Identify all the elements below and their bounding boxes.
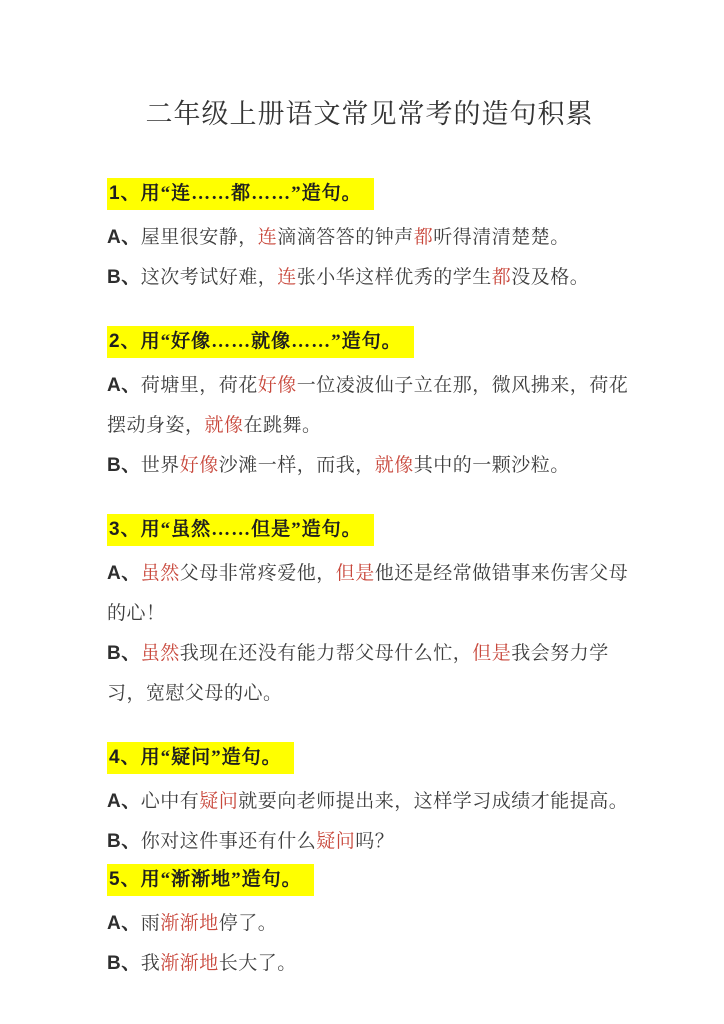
keyword-red-text: 但是 <box>472 643 511 664</box>
heading-number: 5 <box>109 869 121 890</box>
text-run: 滴滴答答的钟声 <box>277 227 414 248</box>
example-prefix: A、 <box>107 375 141 396</box>
section-2-example-a: A、荷塘里，荷花好像一位凌波仙子立在那，微风拂来，荷花摆动身姿，就像在跳舞。 <box>107 366 632 446</box>
section-2-example-b: B、世界好像沙滩一样，而我，就像其中的一颗沙粒。 <box>107 446 632 486</box>
section-5-example-a: A、雨渐渐地停了。 <box>107 904 632 944</box>
keyword-red-text: 疑问 <box>316 831 355 852</box>
section-3-example-b: B、虽然我现在还没有能力帮父母什么忙，但是我会努力学习，宽慰父母的心。 <box>107 634 632 714</box>
section-3-example-a: A、虽然父母非常疼爱他，但是他还是经常做错事来伤害父母的心！ <box>107 554 632 634</box>
text-run: 听得清清楚楚。 <box>433 227 570 248</box>
text-run: 张小华这样优秀的学生 <box>297 267 492 288</box>
keyword-red-text: 都 <box>414 227 434 248</box>
text-run: 世界 <box>141 455 180 476</box>
example-prefix: B、 <box>107 953 141 974</box>
example-prefix: A、 <box>107 227 141 248</box>
text-run: 其中的一颗沙粒。 <box>414 455 570 476</box>
text-run: 荷塘里，荷花 <box>141 375 258 396</box>
example-prefix: B、 <box>107 455 141 476</box>
keyword-red-text: 连 <box>277 267 297 288</box>
example-prefix: B、 <box>107 267 141 288</box>
example-text: 虽然我现在还没有能力帮父母什么忙，但是我会努力学习，宽慰父母的心。 <box>107 643 609 704</box>
heading-number: 4 <box>109 747 121 768</box>
example-prefix: B、 <box>107 643 141 664</box>
example-text: 这次考试好难，连张小华这样优秀的学生都没及格。 <box>141 267 590 288</box>
text-run: 雨 <box>141 913 161 934</box>
text-run: 这次考试好难， <box>141 267 278 288</box>
example-text: 雨渐渐地停了。 <box>141 913 278 934</box>
text-run: 吗？ <box>355 831 394 852</box>
section-5: 5、用“渐渐地”造句。 A、雨渐渐地停了。 B、我渐渐地长大了。 <box>107 864 632 984</box>
section-3-heading: 3、用“虽然……但是”造句。 <box>107 514 374 546</box>
page-title: 二年级上册语文常见常考的造句积累 <box>107 0 632 134</box>
example-text: 荷塘里，荷花好像一位凌波仙子立在那，微风拂来，荷花摆动身姿，就像在跳舞。 <box>107 375 628 436</box>
heading-number: 1 <box>109 183 121 204</box>
text-run: 屋里很安静， <box>141 227 258 248</box>
keyword-red-text: 就像 <box>205 415 244 436</box>
heading-text: 、用“好像……就像……”造句。 <box>121 331 402 352</box>
example-prefix: A、 <box>107 791 141 812</box>
keyword-red-text: 好像 <box>258 375 297 396</box>
keyword-red-text: 好像 <box>180 455 219 476</box>
example-prefix: A、 <box>107 563 141 584</box>
heading-text: 、用“虽然……但是”造句。 <box>121 519 362 540</box>
section-1-heading: 1、用“连……都……”造句。 <box>107 178 374 210</box>
text-run: 长大了。 <box>219 953 297 974</box>
keyword-red-text: 渐渐地 <box>160 953 219 974</box>
keyword-red-text: 渐渐地 <box>160 913 219 934</box>
section-1-example-b: B、这次考试好难，连张小华这样优秀的学生都没及格。 <box>107 258 632 298</box>
text-run: 停了。 <box>219 913 278 934</box>
section-5-heading: 5、用“渐渐地”造句。 <box>107 864 314 896</box>
keyword-red-text: 就像 <box>375 455 414 476</box>
keyword-red-text: 连 <box>258 227 278 248</box>
text-run: 心中有 <box>141 791 200 812</box>
example-text: 虽然父母非常疼爱他，但是他还是经常做错事来伤害父母的心！ <box>107 563 628 624</box>
example-text: 世界好像沙滩一样，而我，就像其中的一颗沙粒。 <box>141 455 570 476</box>
example-prefix: B、 <box>107 831 141 852</box>
keyword-red-text: 虽然 <box>141 643 180 664</box>
section-2-heading: 2、用“好像……就像……”造句。 <box>107 326 414 358</box>
section-4-example-b: B、你对这件事还有什么疑问吗？ <box>107 822 632 862</box>
example-text: 心中有疑问就要向老师提出来，这样学习成绩才能提高。 <box>141 791 629 812</box>
section-4-example-a: A、心中有疑问就要向老师提出来，这样学习成绩才能提高。 <box>107 782 632 822</box>
heading-text: 、用“连……都……”造句。 <box>121 183 362 204</box>
text-run: 在跳舞。 <box>244 415 322 436</box>
document-page: 二年级上册语文常见常考的造句积累 1、用“连……都……”造句。 A、屋里很安静，… <box>0 0 724 1024</box>
text-run: 父母非常疼爱他， <box>180 563 336 584</box>
heading-number: 3 <box>109 519 121 540</box>
keyword-red-text: 都 <box>492 267 512 288</box>
keyword-red-text: 但是 <box>336 563 375 584</box>
example-text: 你对这件事还有什么疑问吗？ <box>141 831 395 852</box>
keyword-red-text: 虽然 <box>141 563 180 584</box>
text-run: 就要向老师提出来，这样学习成绩才能提高。 <box>238 791 628 812</box>
document-content: 二年级上册语文常见常考的造句积累 1、用“连……都……”造句。 A、屋里很安静，… <box>0 0 724 984</box>
keyword-red-text: 疑问 <box>199 791 238 812</box>
example-text: 我渐渐地长大了。 <box>141 953 297 974</box>
section-4: 4、用“疑问”造句。 A、心中有疑问就要向老师提出来，这样学习成绩才能提高。 B… <box>107 742 632 862</box>
text-run: 没及格。 <box>511 267 589 288</box>
section-5-example-b: B、我渐渐地长大了。 <box>107 944 632 984</box>
section-1-example-a: A、屋里很安静，连滴滴答答的钟声都听得清清楚楚。 <box>107 218 632 258</box>
example-text: 屋里很安静，连滴滴答答的钟声都听得清清楚楚。 <box>141 227 570 248</box>
heading-text: 、用“渐渐地”造句。 <box>121 869 302 890</box>
section-1: 1、用“连……都……”造句。 A、屋里很安静，连滴滴答答的钟声都听得清清楚楚。 … <box>107 178 632 298</box>
example-prefix: A、 <box>107 913 141 934</box>
section-2: 2、用“好像……就像……”造句。 A、荷塘里，荷花好像一位凌波仙子立在那，微风拂… <box>107 326 632 486</box>
text-run: 我现在还没有能力帮父母什么忙， <box>180 643 473 664</box>
heading-number: 2 <box>109 331 121 352</box>
text-run: 我 <box>141 953 161 974</box>
heading-text: 、用“疑问”造句。 <box>121 747 282 768</box>
text-run: 沙滩一样，而我， <box>219 455 375 476</box>
text-run: 你对这件事还有什么 <box>141 831 317 852</box>
section-3: 3、用“虽然……但是”造句。 A、虽然父母非常疼爱他，但是他还是经常做错事来伤害… <box>107 514 632 714</box>
section-4-heading: 4、用“疑问”造句。 <box>107 742 294 774</box>
